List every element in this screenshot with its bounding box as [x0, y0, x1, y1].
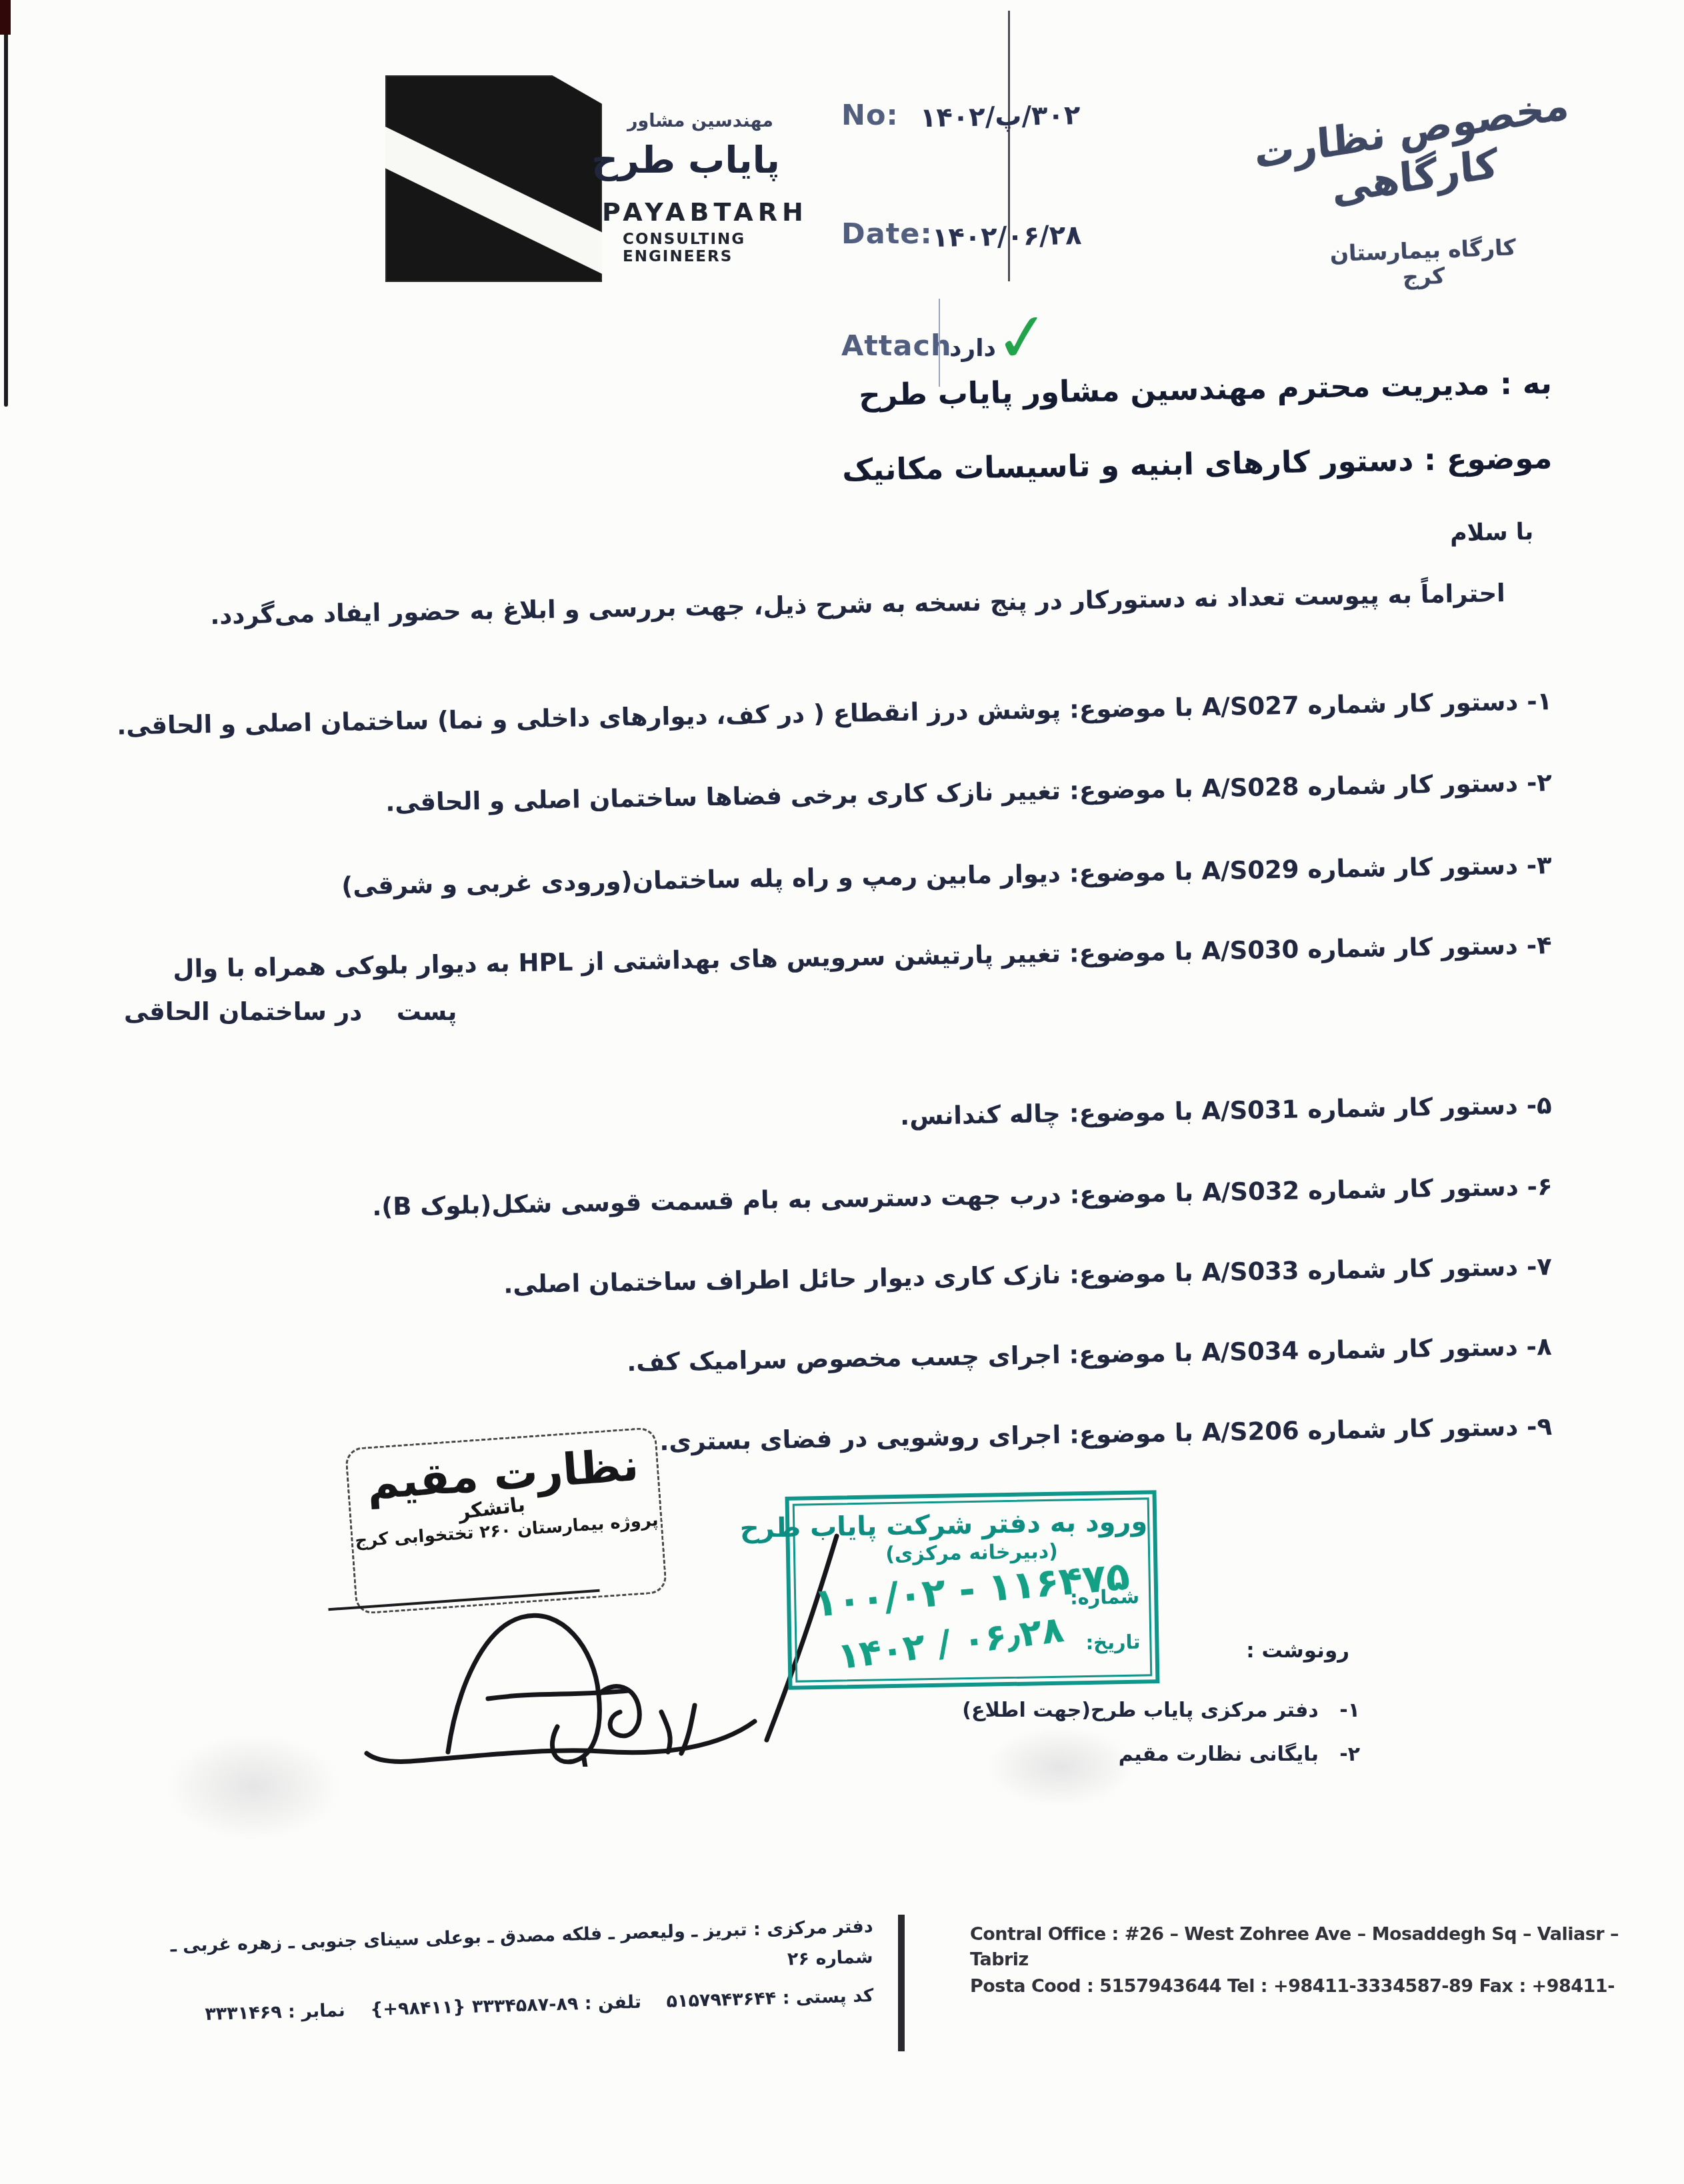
- order-item-3: ۳- دستور کار شماره A/S029 با موضوع: دیوا…: [341, 851, 1552, 901]
- office-entry-stamp: ورود به دفتر شرکت پایاب طرح (دبیرخانه مر…: [785, 1490, 1160, 1690]
- letter-greeting: با سلام: [1450, 519, 1534, 547]
- attach-separator: [939, 299, 940, 387]
- footer-divider: [898, 1915, 905, 2051]
- scanned-letter-page: مهندسین مشاور پایاب طرح PAYABTARH CONSUL…: [0, 0, 1684, 2184]
- order-item-5: ۵- دستور کار شماره A/S031 با موضوع: چاله…: [900, 1091, 1552, 1131]
- footer-en-address-line1: Contral Office : #26 – West Zohree Ave –…: [970, 1924, 1619, 1945]
- date-value: ۱۴۰۲/۰۶/۲۸: [932, 220, 1082, 253]
- order-item-8: ۸- دستور کار شماره A/S034 با موضوع: اجرا…: [627, 1332, 1552, 1377]
- footer-fa-address-line1: دفتر مرکزی : تبریز ـ ولیعصر ـ فلکه مصدق …: [170, 1916, 873, 1956]
- cc-item-2: ۲- بایگانی نظارت مقیم: [1119, 1743, 1360, 1766]
- logo-stripe: [385, 116, 602, 282]
- footer-fa-contact-line: کد پستی : ۵۱۵۷۹۴۳۶۴۴ تلفن : ۸۹-۳۳۳۴۵۸۷ {…: [205, 1985, 874, 2025]
- no-label: No:: [841, 99, 899, 132]
- scan-smudge: [987, 1727, 1133, 1807]
- scan-smudge: [167, 1733, 340, 1840]
- logo-en-subtitle: CONSULTING ENGINEERS: [623, 231, 803, 265]
- entry-stamp-date-label: تاریخ:: [1085, 1631, 1140, 1654]
- logo-fa-tagline: مهندسین مشاور: [640, 111, 773, 131]
- attach-value: دارد: [949, 335, 996, 362]
- handwritten-note-line1: مخصوص نظارت کارگاهی: [1193, 72, 1634, 234]
- cc-label: رونوشت :: [1246, 1639, 1349, 1663]
- order-item-1: ۱- دستور کار شماره A/S027 با موضوع: پوشش…: [117, 687, 1553, 741]
- letter-to-line: به : مدیریت محترم مهندسین مشاور پایاب طر…: [859, 365, 1553, 413]
- order-item-9: ۹- دستور کار شماره A/S206 با موضوع: اجرا…: [659, 1412, 1553, 1456]
- scan-edge-artifact: [4, 7, 8, 407]
- order-item-2: ۲- دستور کار شماره A/S028 با موضوع: تغیی…: [385, 768, 1552, 817]
- order-item-7: ۷- دستور کار شماره A/S033 با موضوع: نازک…: [503, 1252, 1552, 1299]
- entry-stamp-line1: ورود به دفتر شرکت پایاب طرح: [795, 1506, 1148, 1543]
- letter-intro: احتراماً به پیوست تعداد نه دستورکار در پ…: [210, 579, 1505, 630]
- order-item-4-continuation: پست در ساختمان الحاقی: [124, 997, 457, 1026]
- order-item-4: ۴- دستور کار شماره A/S030 با موضوع: تغیی…: [173, 931, 1552, 983]
- order-item-6: ۶- دستور کار شماره A/S032 با موضوع: درب …: [371, 1172, 1552, 1221]
- office-entry-stamp-inner: ورود به دفتر شرکت پایاب طرح (دبیرخانه مر…: [793, 1497, 1153, 1682]
- logo-fa-name: پایاب طرح: [633, 139, 780, 181]
- no-value: ۱۴۰۲/پ/۳۰۲: [920, 100, 1081, 133]
- logo-notch: [550, 75, 602, 105]
- footer-en-contact-line: Posta Cood : 5157943644 Tel : +98411-333…: [970, 1976, 1615, 1997]
- company-logo-icon: [385, 75, 602, 282]
- footer-en-address-line2: Tabriz: [970, 1949, 1029, 1970]
- handwritten-note-line2: کارگاه بیمارستان کرج: [1323, 234, 1525, 293]
- date-label: Date:: [841, 217, 933, 251]
- cc-item-1: ۱- دفتر مرکزی پایاب طرح(جهت اطلاع): [962, 1699, 1360, 1722]
- check-icon: ✓: [991, 296, 1055, 379]
- attach-label: Attach: [841, 329, 952, 363]
- logo-en-name: PAYABTARH: [602, 197, 797, 227]
- footer-fa-address-line2: شماره ۲۶: [787, 1947, 873, 1970]
- letter-subject-line: موضوع : دستور کارهای ابنیه و تاسیسات مکا…: [841, 440, 1552, 488]
- scan-corner-artifact: [0, 0, 11, 35]
